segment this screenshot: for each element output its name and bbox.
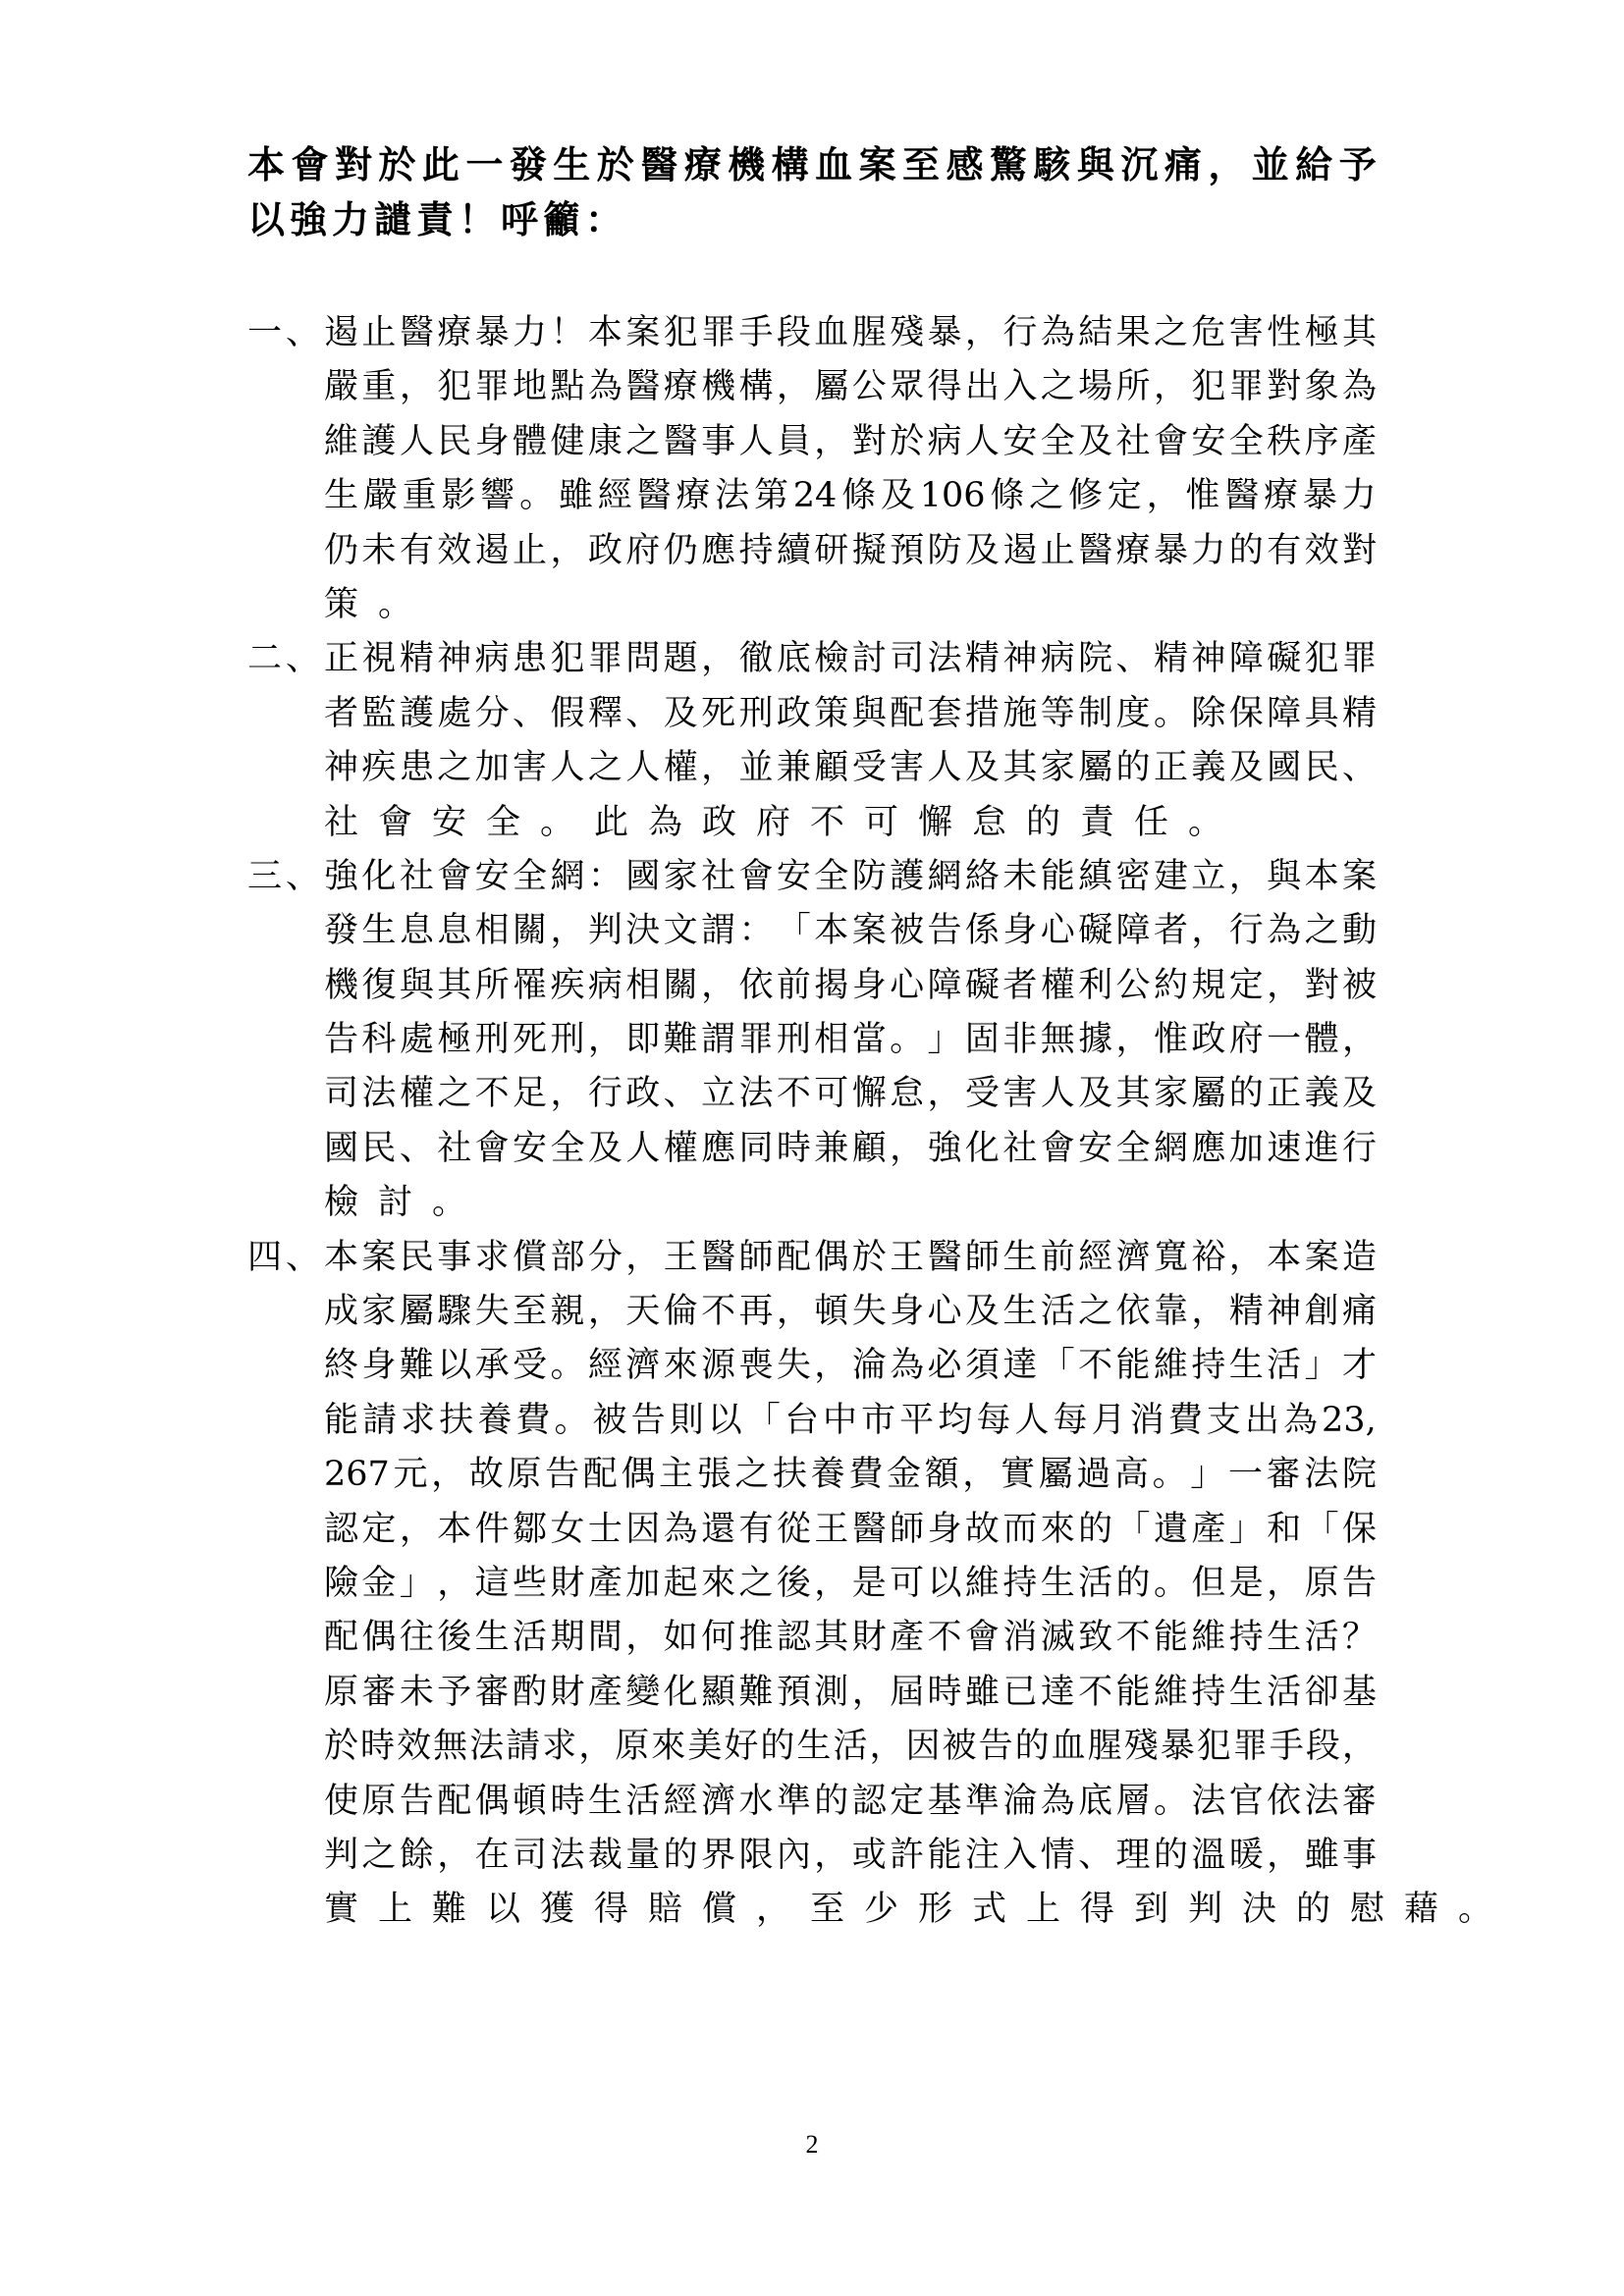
text-line: 原審未予審酌財產變化顯難預測，屆時雖已達不能維持生活卻基 — [324, 1666, 1377, 1720]
item-marker: 一、 — [247, 306, 324, 360]
appeal-list: 一、 遏止醫療暴力！本案犯罪手段血腥殘暴，行為結果之危害性極其 嚴重，犯罪地點為… — [247, 306, 1377, 1938]
text-line: 維護人民身體健康之醫事人員，對於病人安全及社會安全秩序產 — [324, 415, 1377, 469]
text-line: 終身難以承受。經濟來源喪失，淪為必須達「不能維持生活」才 — [324, 1339, 1377, 1393]
text-line: 使原告配偶頓時生活經濟水準的認定基準淪為底層。法官依法審 — [324, 1775, 1377, 1829]
text-line: 生嚴重影響。雖經醫療法第24條及106條之修定，惟醫療暴力 — [324, 469, 1377, 523]
text-line: 於時效無法請求，原來美好的生活，因被告的血腥殘暴犯罪手段， — [324, 1720, 1377, 1774]
text-line: 判之餘，在司法裁量的界限內，或許能注入情、理的溫暖，雖事 — [324, 1829, 1377, 1883]
document-heading: 本會對於此一發生於醫療機構血案至感驚駭與沉痛，並給予 以強力譴責！呼籲： — [247, 137, 1377, 247]
appeal-item-1: 一、 遏止醫療暴力！本案犯罪手段血腥殘暴，行為結果之危害性極其 嚴重，犯罪地點為… — [247, 306, 1377, 632]
text-line: 強化社會安全網：國家社會安全防護網絡未能縝密建立，與本案 — [324, 850, 1377, 904]
appeal-item-3: 三、 強化社會安全網：國家社會安全防護網絡未能縝密建立，與本案 發生息息相關，判… — [247, 850, 1377, 1231]
text-line: 社會安全。此為政府不可懈怠的責任。 — [324, 796, 1377, 850]
text-line: 險金」，這些財產加起來之後，是可以維持生活的。但是，原告 — [324, 1557, 1377, 1611]
appeal-item-2: 二、 正視精神病患犯罪問題，徹底檢討司法精神病院、精神障礙犯罪 者監護處分、假釋… — [247, 632, 1377, 850]
text-line: 機復與其所罹疾病相關，依前揭身心障礙者權利公約規定，對被 — [324, 959, 1377, 1013]
text-line: 嚴重，犯罪地點為醫療機構，屬公眾得出入之場所，犯罪對象為 — [324, 360, 1377, 414]
text-line: 成家屬驟失至親，天倫不再，頓失身心及生活之依靠，精神創痛 — [324, 1285, 1377, 1339]
text-line: 司法權之不足，行政、立法不可懈怠，受害人及其家屬的正義及 — [324, 1067, 1377, 1121]
text-line: 實上難以獲得賠償，至少形式上得到判決的慰藉。 — [324, 1883, 1377, 1937]
page-number: 2 — [0, 2130, 1624, 2160]
appeal-item-4: 四、 本案民事求償部分，王醫師配偶於王醫師生前經濟寬裕，本案造 成家屬驟失至親，… — [247, 1231, 1377, 1938]
text-line: 本案民事求償部分，王醫師配偶於王醫師生前經濟寬裕，本案造 — [324, 1231, 1377, 1285]
text-line: 267元，故原告配偶主張之扶養費金額，實屬過高。」一審法院 — [324, 1448, 1377, 1502]
text-line: 認定，本件鄒女士因為還有從王醫師身故而來的「遺產」和「保 — [324, 1503, 1377, 1557]
text-line: 神疾患之加害人之人權，並兼顧受害人及其家屬的正義及國民、 — [324, 741, 1377, 795]
heading-line: 本會對於此一發生於醫療機構血案至感驚駭與沉痛，並給予 — [247, 137, 1377, 192]
text-line: 仍未有效遏止，政府仍應持續研擬預防及遏止醫療暴力的有效對 — [324, 524, 1377, 578]
text-line: 正視精神病患犯罪問題，徹底檢討司法精神病院、精神障礙犯罪 — [324, 632, 1377, 686]
text-line: 策。 — [324, 578, 1377, 632]
item-marker: 二、 — [247, 632, 324, 686]
text-line: 者監護處分、假釋、及死刑政策與配套措施等制度。除保障具精 — [324, 687, 1377, 741]
text-line: 配偶往後生活期間，如何推認其財產不會消滅致不能維持生活？ — [324, 1611, 1377, 1665]
item-marker: 三、 — [247, 850, 324, 904]
text-line: 國民、社會安全及人權應同時兼顧，強化社會安全網應加速進行 — [324, 1122, 1377, 1176]
text-line: 能請求扶養費。被告則以「台中市平均每人每月消費支出為23, — [324, 1394, 1377, 1448]
text-line: 檢討。 — [324, 1176, 1377, 1230]
item-marker: 四、 — [247, 1231, 324, 1285]
text-line: 告科處極刑死刑，即難謂罪刑相當。」固非無據，惟政府一體， — [324, 1013, 1377, 1067]
text-line: 發生息息相關，判決文謂：「本案被告係身心礙障者，行為之動 — [324, 904, 1377, 958]
document-page: 本會對於此一發生於醫療機構血案至感驚駭與沉痛，並給予 以強力譴責！呼籲： 一、 … — [0, 0, 1624, 2296]
heading-line: 以強力譴責！呼籲： — [247, 192, 1377, 247]
text-line: 遏止醫療暴力！本案犯罪手段血腥殘暴，行為結果之危害性極其 — [324, 306, 1377, 360]
